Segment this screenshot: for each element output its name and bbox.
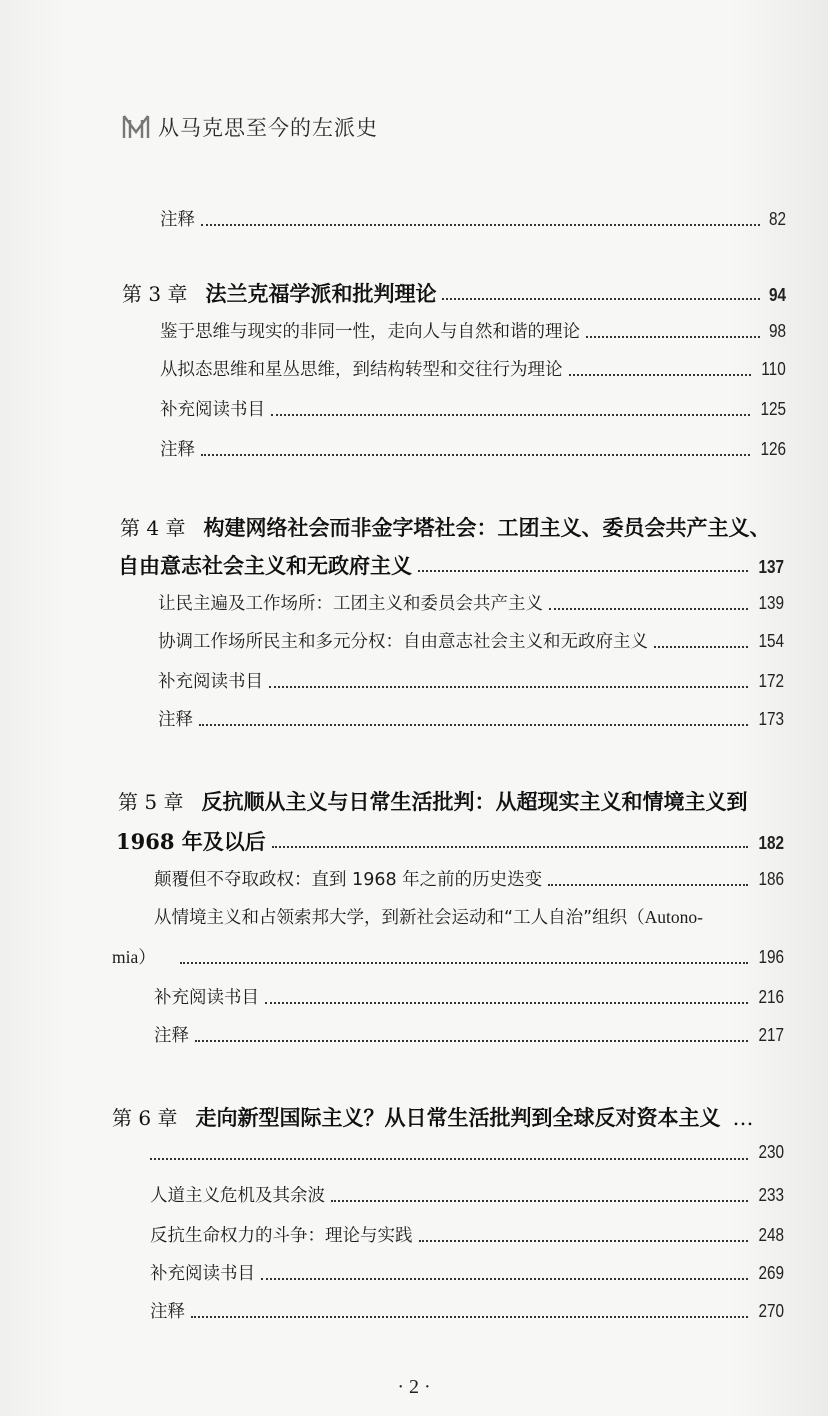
toc-chapter-5-title[interactable]: 第 5 章反抗顺从主义与日常生活批判：从超现实主义和情境主义到 bbox=[118, 786, 808, 816]
leader-dots bbox=[191, 1316, 748, 1318]
leader-dots bbox=[419, 1240, 748, 1242]
toc-section-further-reading[interactable]: 补充阅读书目 216 bbox=[154, 984, 784, 1009]
toc-section-long-cont[interactable]: mia） 196 bbox=[112, 944, 784, 969]
leader-dots bbox=[150, 1158, 748, 1160]
leader-dots bbox=[201, 224, 760, 226]
table-of-contents: 注释 82 第 3 章法兰克福学派和批判理论 94 鉴于思维与现实的非同一性，走… bbox=[0, 0, 828, 1416]
leader-dots bbox=[548, 884, 748, 886]
toc-section[interactable]: 人道主义危机及其余波 233 bbox=[150, 1182, 784, 1207]
toc-chapter-6-title[interactable]: 第 6 章走向新型国际主义？从日常生活批判到全球反对资本主义… bbox=[112, 1102, 792, 1132]
toc-section-notes[interactable]: 注释 217 bbox=[154, 1022, 784, 1047]
leader-dots bbox=[195, 1040, 748, 1042]
leader-dots bbox=[199, 724, 748, 726]
toc-chapter-4-title[interactable]: 第 4 章构建网络社会而非金字塔社会：工团主义、委员会共产主义、 bbox=[120, 512, 800, 542]
leader-dots bbox=[586, 336, 760, 338]
toc-section-long[interactable]: 从情境主义和占领索邦大学，到新社会运动和“工人自治”组织（Autono- bbox=[154, 904, 808, 929]
toc-section[interactable]: 颠覆但不夺取政权：直到 1968 年之前的历史迭变 186 bbox=[154, 866, 784, 891]
leader-dots bbox=[201, 454, 750, 456]
leader-dots bbox=[180, 962, 748, 964]
leader-dots bbox=[442, 298, 760, 300]
toc-chapter-6-page-line[interactable]: 230 bbox=[150, 1142, 784, 1163]
leader-dots bbox=[265, 1002, 748, 1004]
toc-section-further-reading[interactable]: 补充阅读书目 269 bbox=[150, 1260, 784, 1285]
toc-entry-notes[interactable]: 注释 82 bbox=[160, 206, 786, 231]
toc-section-notes[interactable]: 注释 126 bbox=[160, 436, 786, 461]
toc-section[interactable]: 鉴于思维与现实的非同一性，走向人与自然和谐的理论 98 bbox=[160, 318, 786, 343]
leader-dots bbox=[272, 846, 748, 848]
leader-dots bbox=[261, 1278, 748, 1280]
toc-section[interactable]: 从拟态思维和星丛思维，到结构转型和交往行为理论 110 bbox=[160, 356, 786, 381]
leader-dots bbox=[569, 374, 752, 376]
toc-section-further-reading[interactable]: 补充阅读书目 172 bbox=[158, 668, 784, 693]
toc-chapter-5-title-cont[interactable]: 1968 年及以后 182 bbox=[116, 826, 784, 856]
toc-chapter-3[interactable]: 第 3 章法兰克福学派和批判理论 94 bbox=[122, 278, 786, 308]
toc-section-notes[interactable]: 注释 173 bbox=[158, 706, 784, 731]
toc-section[interactable]: 让民主遍及工作场所：工团主义和委员会共产主义 139 bbox=[158, 590, 784, 615]
toc-section[interactable]: 协调工作场所民主和多元分权：自由意志社会主义和无政府主义 154 bbox=[158, 628, 784, 653]
toc-section-notes[interactable]: 注释 270 bbox=[150, 1298, 784, 1323]
leader-dots bbox=[418, 570, 748, 572]
toc-section[interactable]: 反抗生命权力的斗争：理论与实践 248 bbox=[150, 1222, 784, 1247]
toc-section-further-reading[interactable]: 补充阅读书目 125 bbox=[160, 396, 786, 421]
leader-dots bbox=[271, 414, 750, 416]
leader-dots bbox=[654, 646, 748, 648]
toc-chapter-4-title-cont[interactable]: 自由意志社会主义和无政府主义 137 bbox=[118, 550, 784, 580]
page-number: · 2 · bbox=[0, 1376, 828, 1399]
leader-dots bbox=[549, 608, 748, 610]
leader-dots bbox=[331, 1200, 748, 1202]
leader-dots bbox=[269, 686, 748, 688]
